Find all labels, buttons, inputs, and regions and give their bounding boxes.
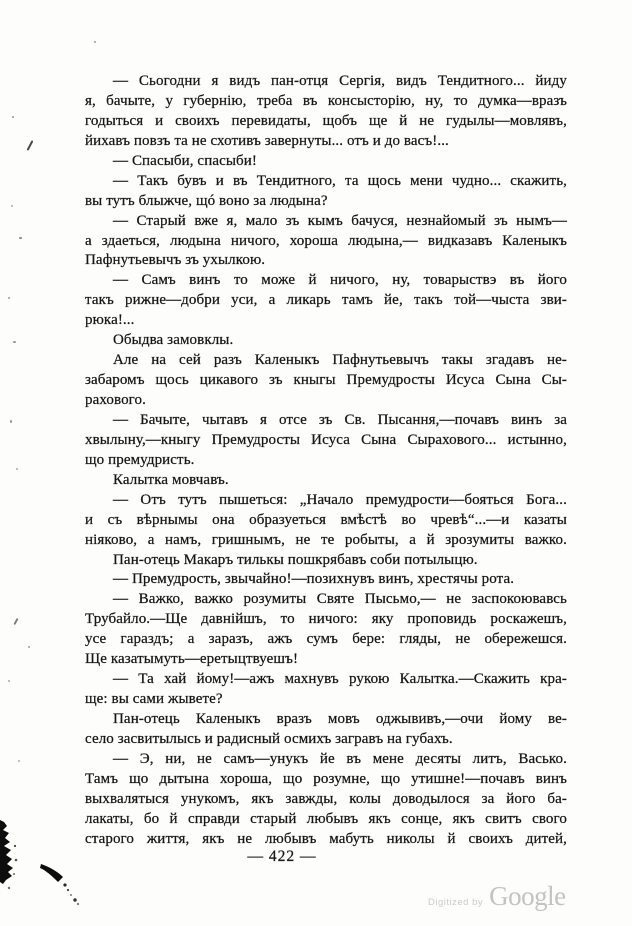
text-line: хвылыну,—кныгу Премудросты Исуса Сына Сы… bbox=[85, 431, 567, 451]
text-line: Пан-отець Макаръ тилькы пошкрябавъ соби … bbox=[85, 551, 567, 571]
margin-speck bbox=[28, 646, 30, 648]
pen-stroke bbox=[40, 864, 63, 882]
margin-speck bbox=[18, 760, 20, 762]
text-line: — Спасыби, спасыби! bbox=[85, 152, 567, 172]
text-line: вы тутъ блыжче, щó воно за людына? bbox=[85, 192, 567, 212]
text-line: — Э, ни, не самъ—унукъ йе въ мене десяты… bbox=[85, 750, 567, 770]
text-line: выхвалятыся унукомъ, якъ завжды, колы до… bbox=[85, 790, 567, 810]
margin-speck bbox=[8, 680, 10, 682]
text-line: — Самъ винъ то може й ничого, ну, товары… bbox=[85, 271, 567, 291]
text-line: йихавъ повзъ та не схотивъ завернуты... … bbox=[85, 132, 567, 152]
text-line: Трубайло.—Ще давнійшъ, то ничого: яку пр… bbox=[85, 610, 567, 630]
text-line: старого життя, якъ не любывъ мабуть нико… bbox=[85, 830, 567, 850]
text-line: Обыдва замовклы. bbox=[85, 331, 567, 351]
text-line: що премудристь. bbox=[85, 451, 567, 471]
text-line: Тамъ що дытына хороша, що розумне, що ут… bbox=[85, 770, 567, 790]
text-line: рюка!... bbox=[85, 311, 567, 331]
text-line: годыться и своихъ перевидаты, щобъ ще й … bbox=[85, 112, 567, 132]
text-line: Пан-отець Каленыкъ вразъ мовъ оджывивъ,—… bbox=[85, 710, 567, 730]
text-line: и съ вѣрнымы она образуеться вмѣстѣ во ч… bbox=[85, 511, 567, 531]
text-line: — Премудрость, звычайно!—позихнувъ винъ,… bbox=[85, 570, 567, 590]
watermark-prefix: Digitized by bbox=[428, 897, 483, 908]
text-line: а здаеться, людына ничого, хороша людына… bbox=[85, 232, 567, 252]
google-logo: Google bbox=[489, 881, 565, 912]
text-line: я, бачыте, у губернію, треба въ консысто… bbox=[85, 92, 567, 112]
text-line: — Бачыте, чытавъ я отсе зъ Св. Пысання,—… bbox=[85, 411, 567, 431]
text-line: — Отъ тутъ пышеться: „Начало премудрости… bbox=[85, 491, 567, 511]
text-line: село засвитылысь и радисный осмихъ загра… bbox=[85, 730, 567, 750]
margin-speck bbox=[10, 420, 12, 423]
margin-speck bbox=[13, 341, 16, 343]
margin-speck bbox=[16, 468, 18, 470]
text-line: Пафнутьевычъ зъ ухылкою. bbox=[85, 251, 567, 271]
text-line: ніяково, а намъ, гришнымъ, не те робыты,… bbox=[85, 531, 567, 551]
margin-speck bbox=[11, 205, 13, 207]
text-block: — Сьогодни я видъ пан-отця Сергія, видъ … bbox=[85, 72, 567, 850]
margin-speck bbox=[19, 237, 22, 239]
edge-ink-blot bbox=[0, 820, 13, 884]
text-line: ще: вы сами жывете? bbox=[85, 690, 567, 710]
text-line: — Сьогодни я видъ пан-отця Сергія, видъ … bbox=[85, 72, 567, 92]
ink-stain bbox=[0, 816, 100, 926]
text-line: лакаты, бо й справди старый любывъ якъ с… bbox=[85, 810, 567, 830]
text-line: — Важко, важко розумиты Святе Пысьмо,— н… bbox=[85, 590, 567, 610]
text-line: рахового. bbox=[85, 391, 567, 411]
text-line: усе гараздъ; а заразъ, ажъ сумъ бере: гл… bbox=[85, 630, 567, 650]
text-line: — Старый вже я, мало зъ кымъ бачуся, нез… bbox=[85, 212, 567, 232]
margin-speck bbox=[12, 116, 14, 118]
margin-speck bbox=[27, 140, 34, 151]
text-line: такъ рижне—добри уси, а ликарь тамъ йе, … bbox=[85, 291, 567, 311]
text-line: — Такъ бувъ и въ Тендитного, та щось мен… bbox=[85, 172, 567, 192]
watermark: Digitized by Google bbox=[428, 881, 566, 912]
margin-speck bbox=[13, 618, 18, 625]
text-line: Але на сей разъ Каленыкъ Пафнутьевычъ та… bbox=[85, 351, 567, 371]
text-line: Ще казатымуть—еретыцтвуешъ! bbox=[85, 650, 567, 670]
margin-speck bbox=[8, 297, 10, 299]
text-line: — Та хай йому!—ажъ махнувъ рукою Калытка… bbox=[85, 670, 567, 690]
page-scan: — Сьогодни я видъ пан-отця Сергія, видъ … bbox=[0, 0, 632, 926]
text-line: Калытка мовчавъ. bbox=[85, 471, 567, 491]
margin-speck bbox=[94, 41, 96, 43]
text-line: забаромъ щось цикавого зъ кныгы Премудро… bbox=[85, 371, 567, 391]
